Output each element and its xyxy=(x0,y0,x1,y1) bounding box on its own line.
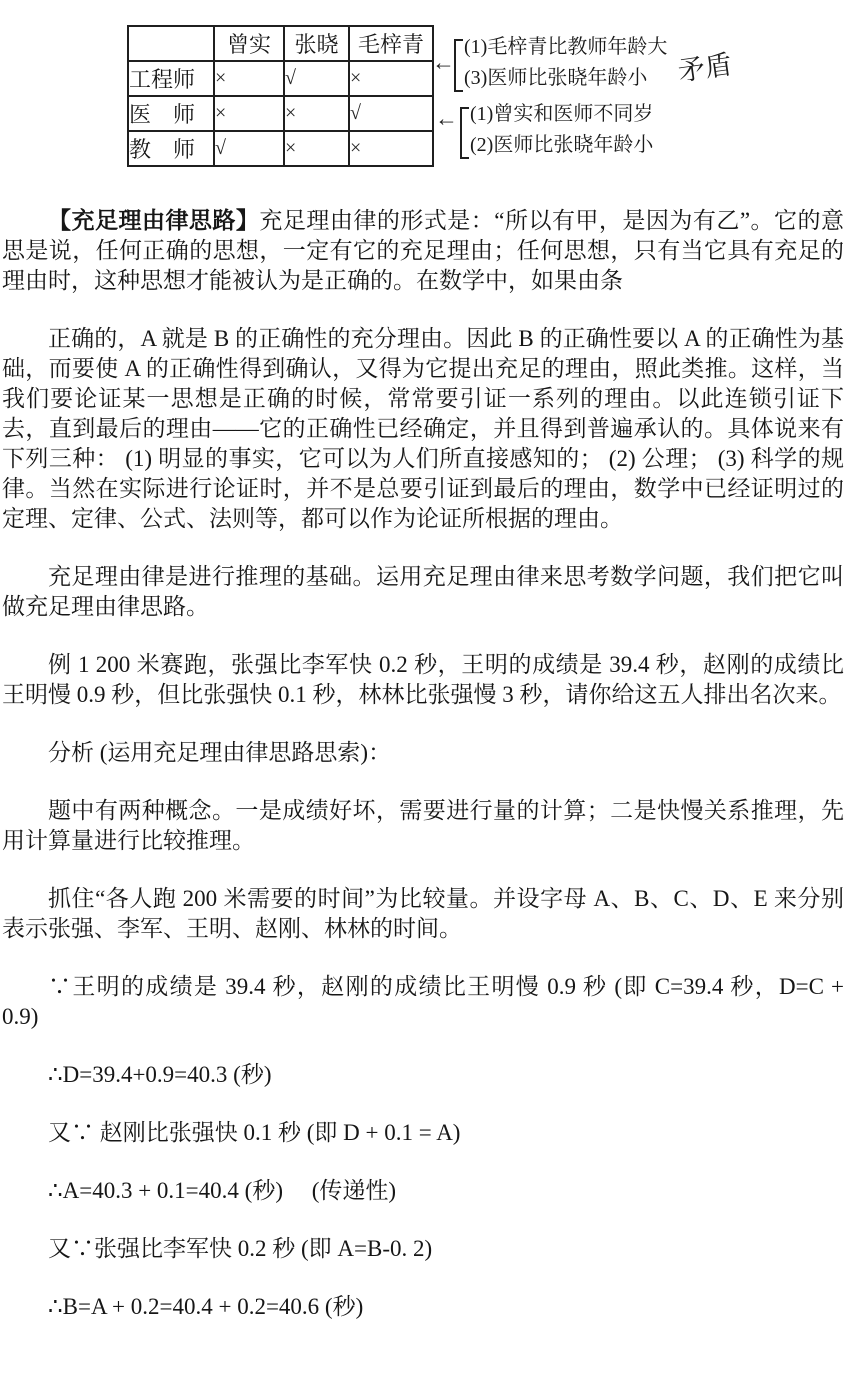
mark-cell: × xyxy=(349,61,433,96)
elimination-table: 曾实 张晓 毛梓青 工程师 × √ × 医 师 × × √ 教 师 √ × × xyxy=(127,25,434,167)
annotation-clue2-line2: (2)医师比张晓年龄小 xyxy=(470,133,653,157)
mark-cell: √ xyxy=(349,96,433,131)
para-therefore-d: ∴D=39.4+0.9=40.3 (秒) xyxy=(2,1060,844,1090)
para-example-1: 例 1 200 米赛跑，张强比李军快 0.2 秒，王明的成绩是 39.4 秒，赵… xyxy=(2,650,844,710)
para-because-2: 又∵ 赵刚比张强快 0.1 秒 (即 D + 0.1 = A) xyxy=(2,1118,844,1148)
annotation-clue1-line1: (1)毛梓青比教师年龄大 xyxy=(464,35,667,59)
table-header-maoziqing: 毛梓青 xyxy=(349,26,433,61)
para-explanation: 正确的，A 就是 B 的正确性的充分理由。因此 B 的正确性要以 A 的正确性为… xyxy=(2,324,844,534)
left-arrow-icon: ← xyxy=(432,51,455,74)
row-label-teacher: 教 师 xyxy=(128,131,214,166)
para-therefore-b: ∴B=A + 0.2=40.4 + 0.2=40.6 (秒) xyxy=(2,1292,844,1322)
body-text: 【充足理由律思路】充足理由律的形式是：“所以有甲，是因为有乙”。它的意思是说，任… xyxy=(0,178,846,1350)
row-label-doctor: 医 师 xyxy=(128,96,214,131)
table-corner-cell xyxy=(128,26,214,61)
figure-logic-grid: 曾实 张晓 毛梓青 工程师 × √ × 医 师 × × √ 教 师 √ × × xyxy=(0,0,846,178)
bracket-group1 xyxy=(454,39,463,92)
mark-cell: × xyxy=(214,61,284,96)
mark-cell: × xyxy=(349,131,433,166)
bracket-group2 xyxy=(460,107,469,159)
mark-cell: √ xyxy=(284,61,349,96)
table-row-doctor: 医 师 × × √ xyxy=(128,96,433,131)
mark-cell: × xyxy=(284,96,349,131)
document-page: 曾实 张晓 毛梓青 工程师 × √ × 医 师 × × √ 教 师 √ × × xyxy=(0,0,846,1388)
para-because-1: ∵王明的成绩是 39.4 秒，赵刚的成绩比王明慢 0.9 秒 (即 C=39.4… xyxy=(2,972,844,1032)
para-sufficient-reason-intro: 【充足理由律思路】充足理由律的形式是：“所以有甲，是因为有乙”。它的意思是说，任… xyxy=(2,206,844,296)
row-label-engineer: 工程师 xyxy=(128,61,214,96)
contradiction-label: 矛盾 xyxy=(676,49,734,86)
left-arrow-icon: ← xyxy=(435,107,458,130)
para-therefore-a: ∴A=40.3 + 0.1=40.4 (秒) (传递性) xyxy=(2,1176,844,1206)
mark-cell: √ xyxy=(214,131,284,166)
table-header-zengshi: 曾实 xyxy=(214,26,284,61)
term-heading: 【充足理由律思路】 xyxy=(48,208,259,233)
annotation-clue2-line1: (1)曾实和医师不同岁 xyxy=(470,102,653,126)
para-two-concepts: 题中有两种概念。一是成绩好坏，需要进行量的计算；二是快慢关系推理，先用计算量进行… xyxy=(2,796,844,856)
table-header-row: 曾实 张晓 毛梓青 xyxy=(128,26,433,61)
para-definition: 充足理由律是进行推理的基础。运用充足理由律来思考数学问题，我们把它叫做充足理由律… xyxy=(2,562,844,622)
table-row-teacher: 教 师 √ × × xyxy=(128,131,433,166)
annotation-clue1-line2: (3)医师比张晓年龄小 xyxy=(464,66,647,90)
table-row-engineer: 工程师 × √ × xyxy=(128,61,433,96)
para-setup-variables: 抓住“各人跑 200 米需要的时间”为比较量。并设字母 A、B、C、D、E 来分… xyxy=(2,884,844,944)
mark-cell: × xyxy=(284,131,349,166)
para-because-3: 又∵张强比李军快 0.2 秒 (即 A=B-0. 2) xyxy=(2,1234,844,1264)
mark-cell: × xyxy=(214,96,284,131)
table-header-zhangxiao: 张晓 xyxy=(284,26,349,61)
para-analysis-heading: 分析 (运用充足理由律思路思索)： xyxy=(2,738,844,768)
